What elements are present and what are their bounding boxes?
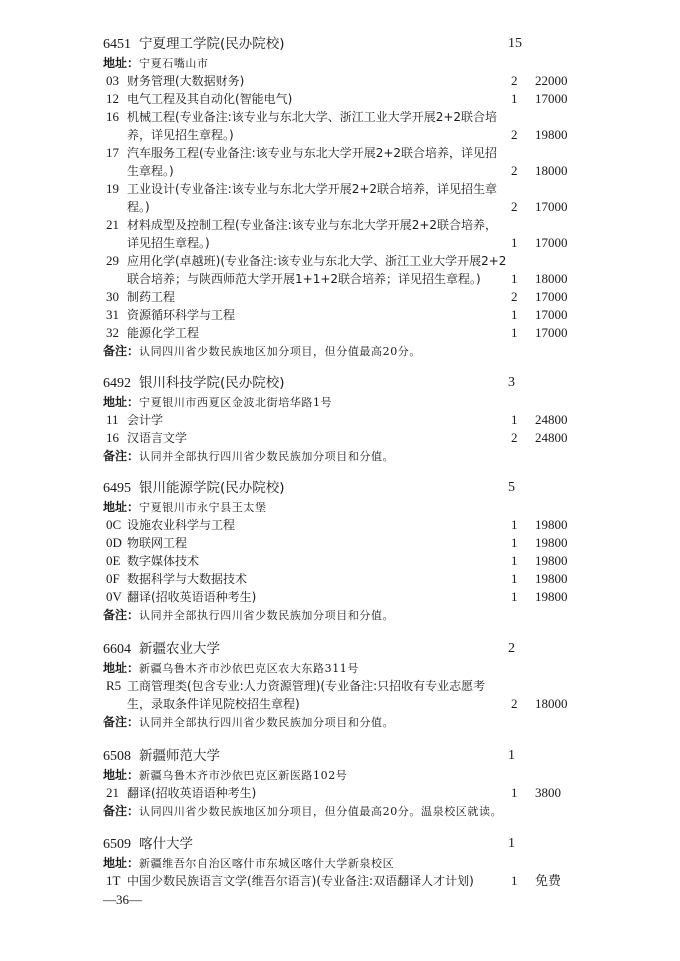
school-address: 地址：新疆维吾尔自治区喀什市东城区喀什大学新泉校区 [103,854,583,872]
school-address: 地址：宁夏银川市永宁县王太堡 [103,498,583,516]
major-row: 21材料成型及控制工程(专业备注:该专业与东北大学开展2+2联合培养， [103,216,583,234]
school-note: 备注：认同并全部执行四川省少数民族加分项目和分值。 [103,447,583,465]
major-row: 29应用化学(卓越班)(专业备注:该专业与东北大学、浙江工业大学开展2+2 [103,252,583,270]
major-row-cont: 生，录取条件详见院校招生章程)218000 [103,695,583,713]
major-row: 1T中国少数民族语言文学(维吾尔语言)(专业备注:双语翻译人才计划)1免费 [103,872,583,890]
school-block-6495: 6495银川能源学院(民办院校) 5 地址：宁夏银川市永宁县王太堡 0C设施农业… [103,478,583,624]
page-number: —36— [103,892,142,908]
major-row: 0D物联网工程119800 [103,534,583,552]
school-address: 地址：宁夏银川市西夏区金波北街培华路1号 [103,393,583,411]
school-total-quota: 1 [508,834,515,854]
school-name: 银川能源学院(民办院校) [139,480,285,496]
school-code: 6495 [103,481,131,496]
document-page: 6451宁夏理工学院(民办院校) 15 地址：宁夏石嘴山市 03财务管理(大数据… [0,0,680,961]
major-row: 32能源化学工程117000 [103,324,583,342]
school-note: 备注：认同并全部执行四川省少数民族加分项目和分值。 [103,713,583,731]
major-row: 17汽车服务工程(专业备注:该专业与东北大学开展2+2联合培养，详见招 [103,144,583,162]
school-total-quota: 15 [508,34,522,54]
major-row: 16机械工程(专业备注:该专业与东北大学、浙江工业大学开展2+2联合培 [103,108,583,126]
school-total-quota: 3 [508,373,515,393]
school-header: 6495银川能源学院(民办院校) 5 [103,478,583,498]
school-header: 6492银川科技学院(民办院校) 3 [103,373,583,393]
school-code: 6604 [103,642,131,657]
school-block-6508: 6508新疆师范大学 1 地址：新疆乌鲁木齐市沙依巴克区新医路102号 21翻译… [103,746,583,820]
school-code: 6509 [103,837,131,852]
school-block-6451: 6451宁夏理工学院(民办院校) 15 地址：宁夏石嘴山市 03财务管理(大数据… [103,34,583,360]
school-code: 6492 [103,376,131,391]
school-address: 地址：宁夏石嘴山市 [103,54,583,72]
major-row: 30制药工程217000 [103,288,583,306]
school-code: 6508 [103,749,131,764]
school-header: 6508新疆师范大学 1 [103,746,583,766]
major-row: 31资源循环科学与工程117000 [103,306,583,324]
school-total-quota: 1 [508,746,515,766]
school-code: 6451 [103,37,131,52]
school-header: 6604新疆农业大学 2 [103,639,583,659]
school-address: 地址：新疆乌鲁木齐市沙依巴克区新医路102号 [103,766,583,784]
major-row-cont: 生章程。)218000 [103,162,583,180]
major-row: 03财务管理(大数据财务)222000 [103,72,583,90]
major-row: 19工业设计(专业备注:该专业与东北大学开展2+2联合培养，详见招生章 [103,180,583,198]
school-name: 喀什大学 [139,836,193,852]
school-name: 宁夏理工学院(民办院校) [139,36,285,52]
major-row: 16汉语言文学224800 [103,429,583,447]
school-block-6604: 6604新疆农业大学 2 地址：新疆乌鲁木齐市沙依巴克区农大东路311号 R5工… [103,639,583,731]
major-row: 0F数据科学与大数据技术119800 [103,570,583,588]
major-row: 12电气工程及其自动化(智能电气)117000 [103,90,583,108]
major-row: 0C设施农业科学与工程119800 [103,516,583,534]
school-total-quota: 2 [508,639,515,659]
major-row: 0V翻译(招收英语语种考生)119800 [103,588,583,606]
major-row-cont: 联合培养；与陕西师范大学开展1+1+2联合培养；详见招生章程。)118000 [103,270,583,288]
school-header: 6509喀什大学 1 [103,834,583,854]
major-row-cont: 详见招生章程。)117000 [103,234,583,252]
school-address: 地址：新疆乌鲁木齐市沙依巴克区农大东路311号 [103,659,583,677]
major-row-cont: 程。)217000 [103,198,583,216]
major-row: 0E数字媒体技术119800 [103,552,583,570]
school-name: 银川科技学院(民办院校) [139,375,285,391]
major-row: 11会计学124800 [103,411,583,429]
school-note: 备注：认同四川省少数民族地区加分项目，但分值最高20分。温泉校区就读。 [103,802,583,820]
school-note: 备注：认同并全部执行四川省少数民族加分项目和分值。 [103,606,583,624]
school-header: 6451宁夏理工学院(民办院校) 15 [103,34,583,54]
school-name: 新疆师范大学 [139,748,220,764]
school-name: 新疆农业大学 [139,641,220,657]
school-block-6492: 6492银川科技学院(民办院校) 3 地址：宁夏银川市西夏区金波北街培华路1号 … [103,373,583,465]
school-note: 备注：认同四川省少数民族地区加分项目，但分值最高20分。 [103,342,583,360]
school-block-6509: 6509喀什大学 1 地址：新疆维吾尔自治区喀什市东城区喀什大学新泉校区 1T中… [103,834,583,890]
major-row-cont: 养，详见招生章程。)219800 [103,126,583,144]
major-row: 21翻译(招收英语语种考生)13800 [103,784,583,802]
school-total-quota: 5 [508,478,515,498]
major-row: R5工商管理类(包含专业:人力资源管理)(专业备注:只招收有专业志愿考 [103,677,583,695]
